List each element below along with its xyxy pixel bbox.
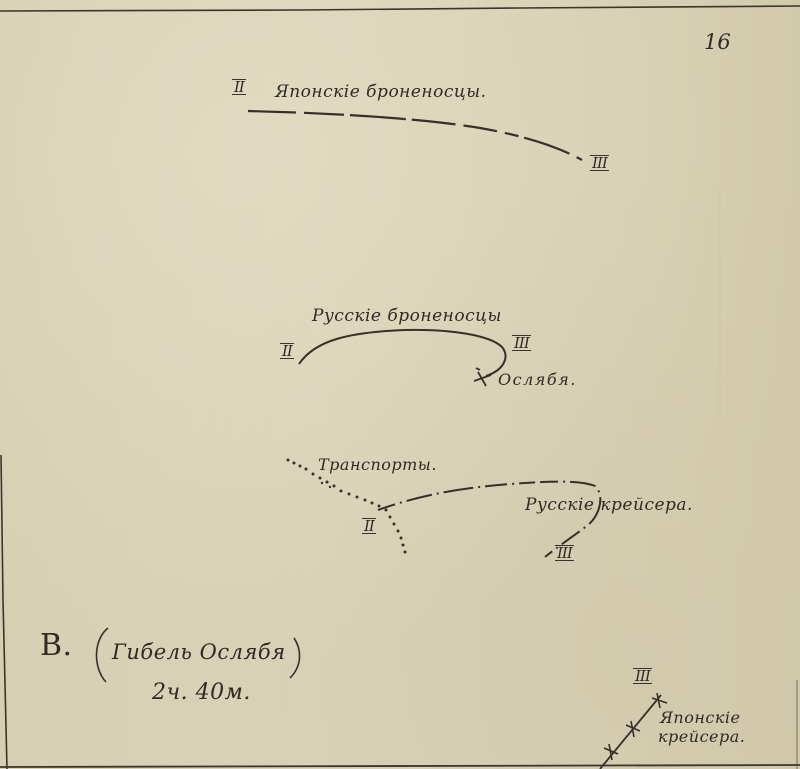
russian-battleships-marker-iii: III bbox=[512, 335, 531, 351]
japanese-battleships-marker-ii: II bbox=[232, 79, 246, 95]
caption-open-paren bbox=[96, 628, 108, 682]
top-border bbox=[0, 6, 800, 11]
russian-cruisers-label: Русскiе крейсера. bbox=[525, 495, 693, 515]
russian-cruisers-marker-ii: II bbox=[362, 518, 376, 534]
russian-battleships-line bbox=[299, 330, 505, 376]
japanese-cruisers-label-line2: крейсера. bbox=[658, 727, 745, 746]
japanese-cruisers-label-line1: Японскiе bbox=[660, 708, 741, 727]
oslyabya-label: Ослябя. bbox=[498, 370, 577, 389]
japanese-battleships-label: Японскiе броненосцы. bbox=[275, 82, 487, 102]
japanese-cruisers-line bbox=[600, 695, 661, 769]
bottom-border bbox=[0, 765, 800, 767]
russian-battleships-marker-ii: II bbox=[280, 343, 294, 359]
diagram-time: 2ч. 40м. bbox=[152, 680, 251, 705]
japanese-battleships-line bbox=[248, 111, 582, 160]
left-border bbox=[1, 455, 7, 769]
japanese-battleships-marker-iii: III bbox=[590, 155, 609, 171]
japanese-cruisers-marker-iii: III bbox=[633, 668, 652, 684]
russian-cruisers-marker-iii: III bbox=[555, 545, 574, 561]
diagram-caption: Гибель Ослябя bbox=[112, 640, 286, 664]
russian-battleships-label: Русскiе броненосцы bbox=[312, 306, 502, 326]
diagram-letter: В. bbox=[40, 628, 73, 663]
battle-diagram-sheet: 16 II Японскiе броненосцы. III Русскiе б… bbox=[0, 0, 800, 769]
transports-label: Транспорты. bbox=[318, 455, 437, 474]
oslyabya-sunk-marker bbox=[474, 368, 491, 386]
page-number: 16 bbox=[704, 30, 731, 54]
caption-close-paren bbox=[290, 638, 300, 678]
